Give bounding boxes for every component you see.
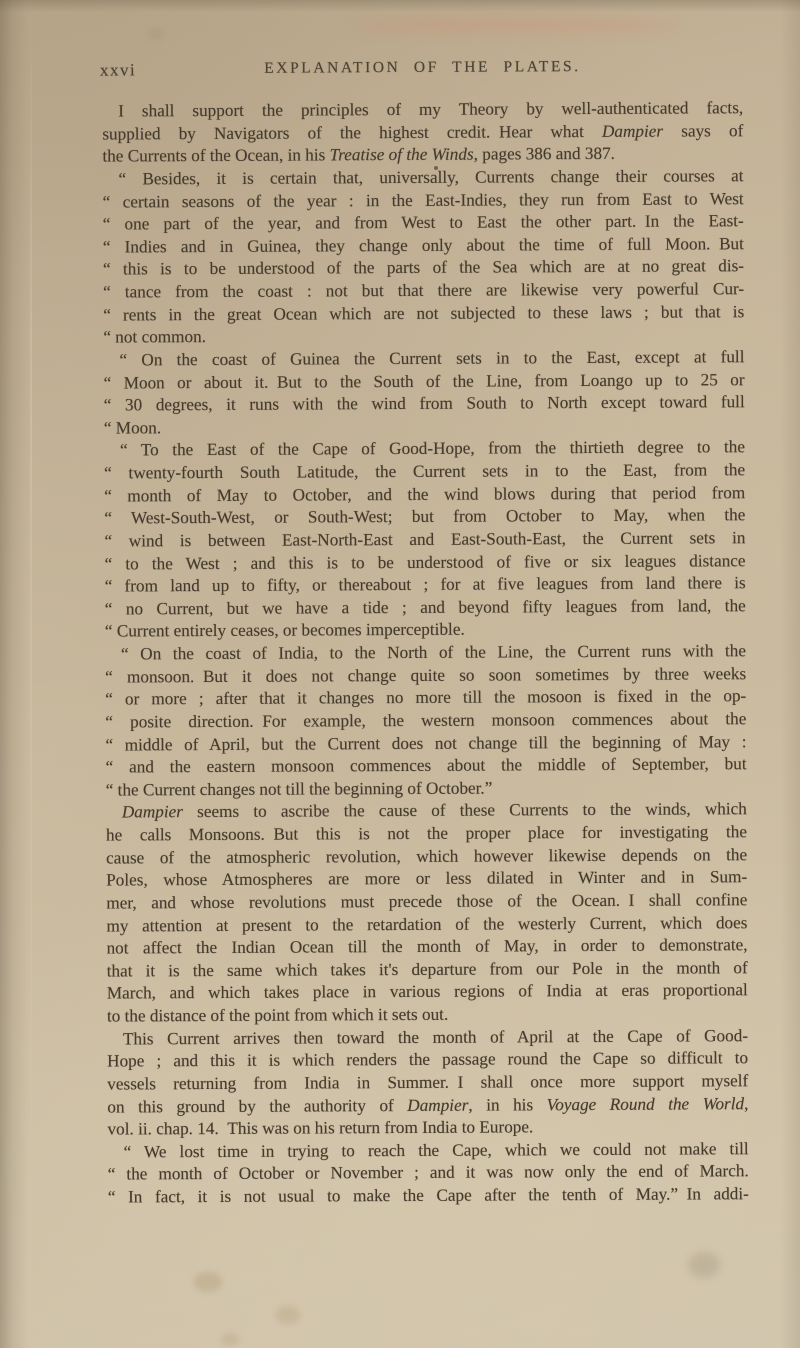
text-line: Hope ; and this it is which renders the …	[107, 1047, 748, 1073]
text-run: Poles, whose Atmospheres are more or les…	[106, 867, 747, 889]
text-line: “ To the East of the Cape of Good-Hope, …	[104, 437, 745, 463]
paragraph: “ To the East of the Cape of Good-Hope, …	[104, 437, 746, 644]
text-run: says of	[663, 121, 743, 140]
text-run: the Currents of the Ocean, in his	[102, 146, 329, 166]
text-run: “ Moon.	[104, 418, 161, 437]
text-line: “ no Current, but we have a tide ; and b…	[105, 595, 746, 621]
text-line: vol. ii. chap. 14. This was on his retur…	[107, 1115, 748, 1141]
text-run: “ one part of the year, and from West to…	[103, 211, 744, 233]
text-line: that it is the same which takes it's dep…	[107, 957, 748, 983]
italic-text: Dampier	[122, 803, 183, 822]
italic-text: Treatise of the Winds	[330, 145, 474, 165]
text-line: March, and which takes place in various …	[107, 980, 748, 1006]
text-line: “ On the coast of India, to the North of…	[105, 640, 746, 666]
text-run: “ and the eastern monsoon commences abou…	[106, 754, 747, 776]
text-line: my attention at present to the retardati…	[106, 912, 747, 938]
text-line: he calls Monsoons. But this is not the p…	[106, 821, 747, 847]
text-run: I shall support the principles of my The…	[118, 98, 743, 120]
text-run: seems to ascribe the cause of these Curr…	[183, 800, 747, 822]
text-line: cause of the atmospheric revolution, whi…	[106, 844, 747, 870]
text-line: “ from land up to fifty, or thereabout ;…	[105, 572, 746, 598]
text-run: “ no Current, but we have a tide ; and b…	[105, 596, 746, 618]
text-run: Hope ; and this it is which renders the …	[107, 1048, 748, 1070]
paragraph: “ On the coast of Guinea the Current set…	[103, 346, 744, 440]
text-run: to the distance of the point from which …	[107, 1005, 448, 1026]
text-run: “ On the coast of India, to the North of…	[121, 641, 746, 663]
text-line: “ posite direction. For example, the wes…	[105, 708, 746, 734]
text-line: “ We lost time in trying to reach the Ca…	[108, 1138, 749, 1164]
text-line: “ the Current changes not till the begin…	[106, 776, 747, 802]
text-line: not affect the Indian Ocean till the mon…	[107, 934, 748, 960]
text-run: “ monsoon. But it does not change quite …	[105, 664, 746, 686]
text-line: “ Moon.	[104, 414, 745, 440]
text-line: “ this is to be understood of the parts …	[103, 256, 744, 282]
paragraph: Dampier seems to ascribe the cause of th…	[106, 799, 748, 1029]
text-line: “ middle of April, but the Current does …	[105, 731, 746, 757]
text-run: “ tance from the coast : not but that th…	[103, 279, 744, 301]
text-line: This Current arrives then toward the mon…	[107, 1025, 748, 1051]
text-run: mer, and whose revolutions must precede …	[106, 890, 747, 912]
text-line: “ the month of October or November ; and…	[108, 1161, 749, 1187]
paragraph: “ Besides, it is certain that, universal…	[102, 165, 744, 349]
text-run: “ We lost time in trying to reach the Ca…	[124, 1139, 749, 1161]
text-line: “ tance from the coast : not but that th…	[103, 278, 744, 304]
text-run: “ wind is between East-North-East and Ea…	[104, 528, 745, 550]
text-line: supplied by Navigators of the highest cr…	[102, 120, 743, 146]
text-run: March, and which takes place in various …	[107, 981, 748, 1003]
text-line: “ or more ; after that it changes no mor…	[105, 685, 746, 711]
text-run: “ Moon or about it. But to the South of …	[104, 370, 745, 392]
text-run: cause of the atmospheric revolution, whi…	[106, 845, 747, 867]
text-line: “ Moon or about it. But to the South of …	[104, 369, 745, 395]
text-run: , in his	[468, 1095, 546, 1114]
text-line: mer, and whose revolutions must precede …	[106, 889, 747, 915]
text-run: “ rents in the great Ocean which are not…	[103, 302, 744, 324]
text-line: “ Current entirely ceases, or becomes im…	[105, 618, 746, 644]
text-run: “ posite direction. For example, the wes…	[105, 709, 746, 731]
text-run: “ to the West ; and this is to be unders…	[104, 551, 745, 573]
text-line: “ monsoon. But it does not change quite …	[105, 663, 746, 689]
text-run: “ In fact, it is not usual to make the C…	[108, 1184, 749, 1206]
text-line: “ month of May to October, and the wind …	[104, 482, 745, 508]
text-run: “ To the East of the Cape of Good-Hope, …	[120, 438, 745, 460]
text-run: vessels returning from India in Summer. …	[107, 1071, 748, 1093]
text-run: “ Current entirely ceases, or becomes im…	[105, 620, 465, 641]
text-run: “ not common.	[103, 327, 206, 347]
text-run: “ Indies and in Guinea, they change only…	[103, 234, 744, 256]
text-line: “ On the coast of Guinea the Current set…	[103, 346, 744, 372]
text-run: that it is the same which takes it's dep…	[107, 958, 748, 980]
page-content: xxvi EXPLANATION OF THE PLATES. I shall …	[0, 0, 800, 1348]
text-run: “ Besides, it is certain that, universal…	[118, 166, 743, 188]
text-line: “ wind is between East-North-East and Ea…	[104, 527, 745, 553]
text-run: “ middle of April, but the Current does …	[105, 732, 746, 754]
text-run: “ twenty-fourth South Latitude, the Curr…	[104, 460, 745, 482]
text-line: I shall support the principles of my The…	[102, 97, 743, 123]
text-run: “ the Current changes not till the begin…	[106, 778, 493, 799]
text-run: “ the month of October or November ; and…	[108, 1162, 749, 1184]
text-line: “ West-South-West, or South-West; but fr…	[104, 504, 745, 530]
text-run: “ this is to be understood of the parts …	[103, 257, 744, 279]
text-run: ,	[744, 1094, 748, 1113]
text-line: “ to the West ; and this is to be unders…	[104, 550, 745, 576]
text-line: “ 30 degrees, it runs with the wind from…	[104, 391, 745, 417]
text-run: my attention at present to the retardati…	[106, 913, 747, 935]
text-line: “ Besides, it is certain that, universal…	[102, 165, 743, 191]
text-line: “ one part of the year, and from West to…	[103, 210, 744, 236]
paragraph: This Current arrives then toward the mon…	[107, 1025, 749, 1141]
italic-text: Dampier	[602, 121, 663, 140]
text-run: not affect the Indian Ocean till the mon…	[107, 935, 748, 957]
text-run: , pages 386 and 387.	[474, 144, 615, 164]
text-line: to the distance of the point from which …	[107, 1002, 748, 1028]
body-text: I shall support the principles of my The…	[102, 97, 749, 1209]
text-line: “ twenty-fourth South Latitude, the Curr…	[104, 459, 745, 485]
text-run: “ or more ; after that it changes no mor…	[105, 686, 746, 708]
book-page: xxvi EXPLANATION OF THE PLATES. I shall …	[0, 0, 800, 1348]
text-line: Poles, whose Atmospheres are more or les…	[106, 866, 747, 892]
text-run: “ from land up to fifty, or thereabout ;…	[105, 573, 746, 595]
text-line: “ In fact, it is not usual to make the C…	[108, 1183, 749, 1209]
text-line: “ Indies and in Guinea, they change only…	[103, 233, 744, 259]
text-run: on this ground by the authority of	[107, 1095, 407, 1116]
text-line: “ not common.	[103, 323, 744, 349]
paragraph: “ On the coast of India, to the North of…	[105, 640, 747, 802]
paragraph: “ We lost time in trying to reach the Ca…	[108, 1138, 749, 1209]
text-line: “ certain seasons of the year : in the E…	[103, 188, 744, 214]
text-line: “ rents in the great Ocean which are not…	[103, 301, 744, 327]
text-run: “ certain seasons of the year : in the E…	[103, 189, 744, 211]
running-title: EXPLANATION OF THE PLATES.	[102, 57, 743, 78]
italic-text: Voyage Round the World	[547, 1094, 745, 1114]
text-run: vol. ii. chap. 14. This was on his retur…	[107, 1117, 533, 1138]
text-line: on this ground by the authority of Dampi…	[107, 1093, 748, 1119]
text-line: the Currents of the Ocean, in his Treati…	[102, 142, 743, 168]
text-run: he calls Monsoons. But this is not the p…	[106, 822, 747, 844]
text-run: “ month of May to October, and the wind …	[104, 483, 745, 505]
paragraph: I shall support the principles of my The…	[102, 97, 743, 168]
text-run: “ West-South-West, or South-West; but fr…	[104, 505, 745, 527]
text-line: Dampier seems to ascribe the cause of th…	[106, 799, 747, 825]
text-run: “ On the coast of Guinea the Current set…	[119, 347, 744, 369]
text-run: This Current arrives then toward the mon…	[123, 1026, 748, 1048]
text-line: “ and the eastern monsoon commences abou…	[106, 753, 747, 779]
text-line: vessels returning from India in Summer. …	[107, 1070, 748, 1096]
text-run: “ 30 degrees, it runs with the wind from…	[104, 392, 745, 414]
italic-text: Dampier	[407, 1095, 468, 1114]
text-run: supplied by Navigators of the highest cr…	[102, 122, 602, 144]
